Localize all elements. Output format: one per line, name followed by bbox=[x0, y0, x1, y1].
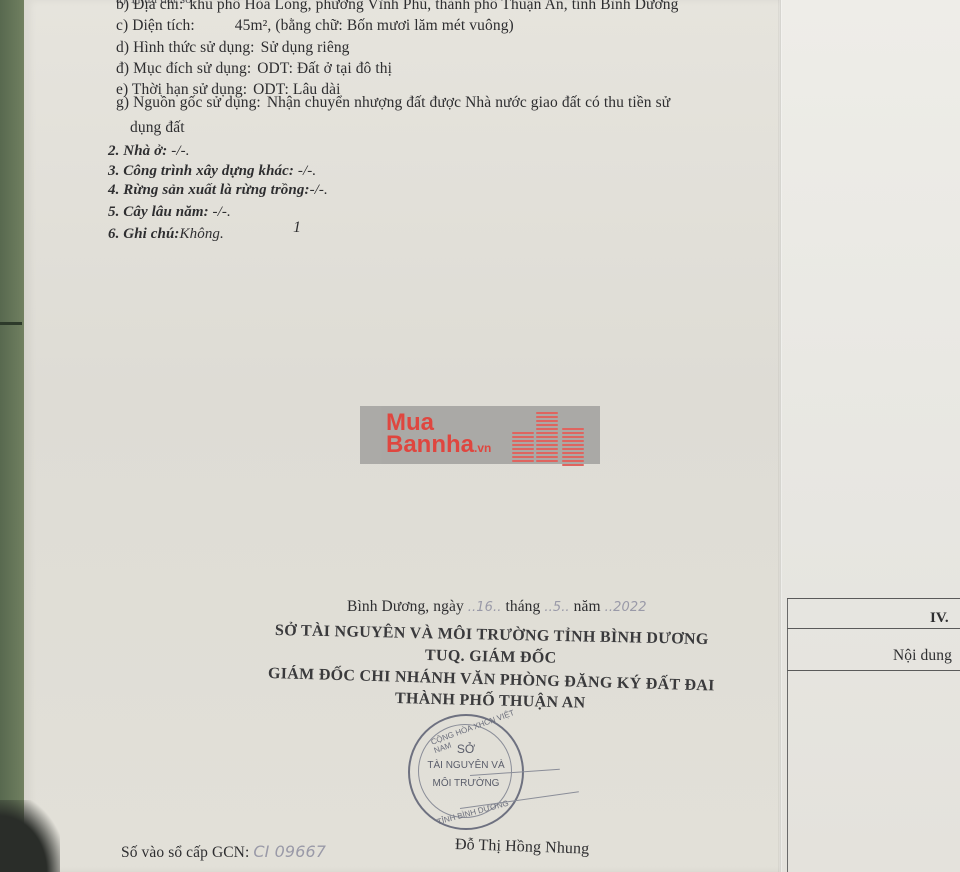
background-edge bbox=[0, 322, 22, 325]
building-bar bbox=[536, 412, 558, 414]
building-bar bbox=[536, 448, 558, 450]
section-perennial-label: 5. Cây lâu năm: bbox=[108, 204, 209, 220]
building-bar bbox=[512, 460, 534, 462]
section-house-value: -/-. bbox=[171, 143, 189, 159]
date-line: Bình Dương, ngày ..16.. tháng ..5.. năm … bbox=[347, 598, 647, 616]
building-bar bbox=[536, 428, 558, 430]
address-value: khu phố Hòa Long, phường Vĩnh Phú, thành… bbox=[189, 0, 678, 13]
building-bar bbox=[512, 432, 534, 434]
area-label: c) Diện tích: bbox=[116, 17, 195, 34]
section-house-label: 2. Nhà ở: bbox=[108, 143, 167, 159]
origin-line: g) Nguồn gốc sử dụng:Nhận chuyển nhượng … bbox=[116, 94, 670, 112]
section-other-construction-value: -/-. bbox=[298, 163, 316, 179]
section-perennial-value: -/-. bbox=[213, 204, 231, 220]
usage-form-line: d) Hình thức sử dụng:Sử dụng riêng bbox=[116, 39, 350, 57]
building-bar bbox=[536, 460, 558, 462]
date-day: ..16.. bbox=[468, 600, 502, 615]
section-forest-label: 4. Rừng sản xuất là rừng trồng: bbox=[108, 182, 310, 198]
building-bar bbox=[512, 448, 534, 450]
seal-center-1: SỞ bbox=[410, 742, 522, 756]
address-label: b) Địa chỉ: bbox=[116, 0, 183, 13]
purpose-label: đ) Mục đích sử dụng: bbox=[116, 60, 251, 77]
purpose-value: ODT: Đất ở tại đô thị bbox=[257, 60, 392, 77]
building-bar bbox=[536, 440, 558, 442]
building-bar bbox=[512, 440, 534, 442]
building-bar bbox=[562, 460, 584, 462]
authority-line-2: TUQ. GIÁM ĐỐC bbox=[425, 647, 557, 668]
right-column-heading: Nội dung bbox=[893, 647, 952, 665]
section-house: 2. Nhà ở: -/-. bbox=[108, 143, 190, 160]
building-bar bbox=[562, 452, 584, 454]
seal-center-2: TÀI NGUYÊN VÀ bbox=[410, 760, 522, 771]
watermark-text: Mua Bannha.vn bbox=[386, 412, 491, 459]
building-bar bbox=[536, 444, 558, 446]
building-bar bbox=[562, 444, 584, 446]
seal-center-3: MÔI TRƯỜNG bbox=[410, 778, 522, 789]
area-value: 45m², (bằng chữ: Bốn mươi lăm mét vuông) bbox=[235, 17, 514, 34]
section-notes-value: Không. bbox=[180, 226, 224, 242]
section-notes: 6. Ghi chú:Không. bbox=[108, 226, 224, 243]
building-bar bbox=[562, 456, 584, 458]
address-line: b) Địa chỉ:khu phố Hòa Long, phường Vĩnh… bbox=[116, 0, 679, 14]
gcn-value: CI 09667 bbox=[253, 842, 326, 861]
building-bar bbox=[562, 432, 584, 434]
usage-form-value: Sử dụng riêng bbox=[261, 39, 350, 56]
section-forest: 4. Rừng sản xuất là rừng trồng:-/-. bbox=[108, 182, 328, 199]
watermark-suffix: .vn bbox=[474, 441, 491, 455]
building-bar bbox=[562, 436, 584, 438]
date-month: ..5.. bbox=[544, 600, 569, 615]
finger-shadow bbox=[0, 800, 60, 872]
stray-mark: 1 bbox=[293, 219, 301, 237]
table-rule bbox=[787, 628, 960, 629]
building-bar bbox=[512, 456, 534, 458]
watermark-line2: Bannha bbox=[386, 431, 474, 458]
table-rule bbox=[787, 670, 960, 671]
area-line: c) Diện tích:45m², (bằng chữ: Bốn mươi l… bbox=[116, 17, 514, 35]
usage-form-label: d) Hình thức sử dụng: bbox=[116, 39, 255, 56]
building-bar bbox=[536, 436, 558, 438]
building-bar bbox=[512, 452, 534, 454]
building-bar bbox=[562, 448, 584, 450]
section-other-construction: 3. Công trình xây dựng khác: -/-. bbox=[108, 163, 316, 180]
date-year-label: năm bbox=[574, 598, 601, 615]
section-perennial: 5. Cây lâu năm: -/-. bbox=[108, 204, 231, 221]
purpose-line: đ) Mục đích sử dụng:ODT: Đất ở tại đô th… bbox=[116, 60, 392, 78]
date-place: Bình Dương, ngày bbox=[347, 598, 464, 615]
building-bar bbox=[536, 452, 558, 454]
building-bar bbox=[536, 420, 558, 422]
right-page-table bbox=[787, 598, 960, 872]
date-month-label: tháng bbox=[505, 598, 540, 615]
building-bar bbox=[536, 432, 558, 434]
table-rule bbox=[787, 598, 960, 599]
building-bar bbox=[512, 436, 534, 438]
origin-value: Nhận chuyển nhượng đất được Nhà nước gia… bbox=[267, 94, 670, 111]
building-bar bbox=[536, 416, 558, 418]
origin-label: g) Nguồn gốc sử dụng: bbox=[116, 94, 261, 111]
gcn-registry-line: Số vào sổ cấp GCN: CI 09667 bbox=[121, 842, 326, 862]
section-forest-value: -/-. bbox=[310, 182, 328, 198]
gcn-label: Số vào sổ cấp GCN: bbox=[121, 844, 249, 861]
building-bar bbox=[536, 424, 558, 426]
building-bar bbox=[512, 444, 534, 446]
watermark-logo: Mua Bannha.vn bbox=[360, 406, 600, 464]
building-bar bbox=[562, 440, 584, 442]
origin-continuation: dụng đất bbox=[130, 119, 185, 137]
building-bar bbox=[536, 456, 558, 458]
building-bar bbox=[562, 464, 584, 466]
right-section-heading: IV. bbox=[930, 610, 949, 627]
building-bar bbox=[562, 428, 584, 430]
section-other-construction-label: 3. Công trình xây dựng khác: bbox=[108, 163, 294, 179]
date-year: ..2022 bbox=[605, 600, 647, 615]
page-fold bbox=[778, 0, 782, 872]
section-notes-label: 6. Ghi chú: bbox=[108, 226, 180, 242]
